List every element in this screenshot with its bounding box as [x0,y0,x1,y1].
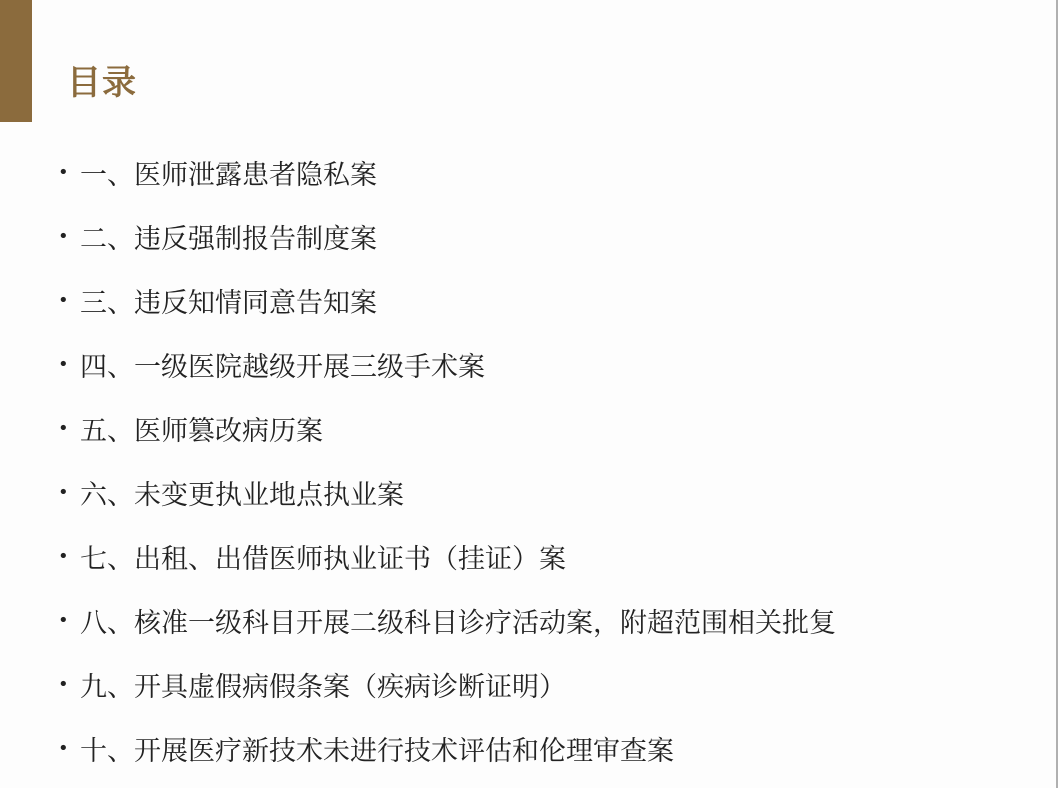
bullet-icon: • [58,674,80,695]
bullet-icon: • [58,738,80,759]
toc-item: •三、违反知情同意告知案 [58,268,836,332]
slide: 目录 •一、医师泄露患者隐私案 •二、违反强制报告制度案 •三、违反知情同意告知… [0,0,1056,788]
toc-item: •二、违反强制报告制度案 [58,204,836,268]
toc-item-label: 八、核准一级科目开展二级科目诊疗活动案，附超范围相关批复 [80,601,836,640]
bullet-icon: • [58,226,80,247]
toc-item: •八、核准一级科目开展二级科目诊疗活动案，附超范围相关批复 [58,588,836,652]
toc-item: •四、一级医院越级开展三级手术案 [58,332,836,396]
toc-item: •七、出租、出借医师执业证书（挂证）案 [58,524,836,588]
bullet-icon: • [58,482,80,503]
accent-bar [0,0,32,122]
toc-item-label: 九、开具虚假病假条案（疾病诊断证明） [80,665,566,704]
bullet-icon: • [58,418,80,439]
toc-item: •九、开具虚假病假条案（疾病诊断证明） [58,652,836,716]
bullet-icon: • [58,162,80,183]
toc-item: •一、医师泄露患者隐私案 [58,140,836,204]
bullet-icon: • [58,290,80,311]
toc-item-label: 四、一级医院越级开展三级手术案 [80,345,485,384]
toc-item: •五、医师篡改病历案 [58,396,836,460]
toc-item-label: 五、医师篡改病历案 [80,409,323,448]
bullet-icon: • [58,546,80,567]
bullet-icon: • [58,610,80,631]
toc-item-label: 十、开展医疗新技术未进行技术评估和伦理审查案 [80,729,674,768]
toc-item-label: 三、违反知情同意告知案 [80,281,377,320]
bullet-icon: • [58,354,80,375]
toc-item-label: 一、医师泄露患者隐私案 [80,153,377,192]
toc-item: •十、开展医疗新技术未进行技术评估和伦理审查案 [58,716,836,780]
table-of-contents: •一、医师泄露患者隐私案 •二、违反强制报告制度案 •三、违反知情同意告知案 •… [58,140,836,780]
toc-item-label: 二、违反强制报告制度案 [80,217,377,256]
page-title: 目录 [67,62,137,104]
toc-item-label: 六、未变更执业地点执业案 [80,473,404,512]
toc-item: •六、未变更执业地点执业案 [58,460,836,524]
toc-item-label: 七、出租、出借医师执业证书（挂证）案 [80,537,566,576]
